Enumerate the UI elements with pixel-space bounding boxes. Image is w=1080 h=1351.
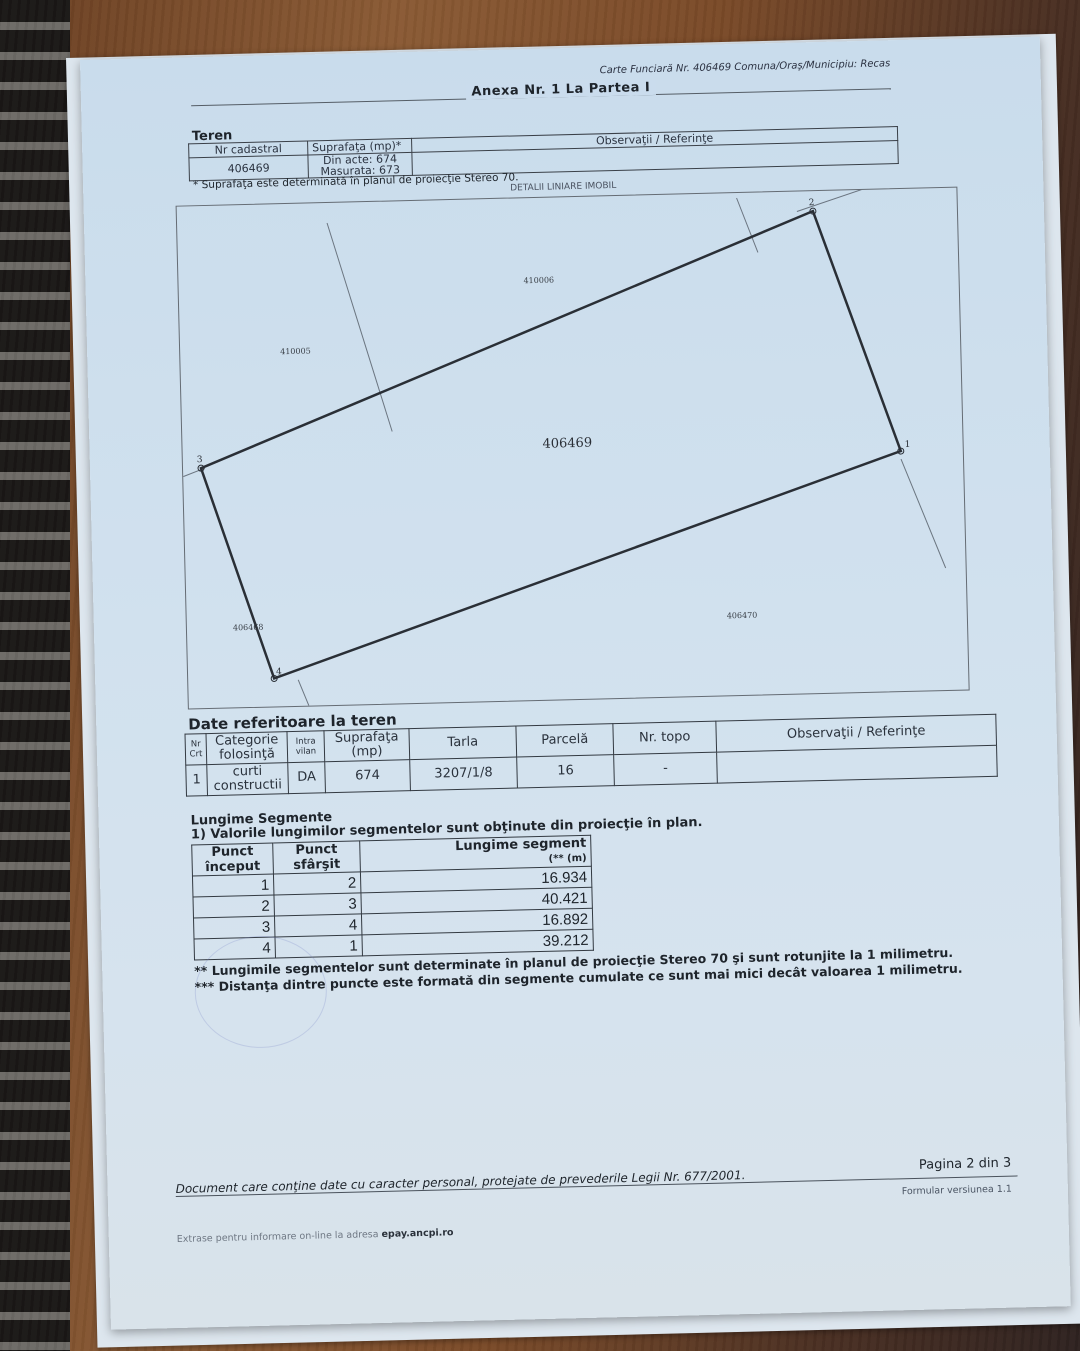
- col-start: Punct început: [192, 843, 274, 876]
- col-length: Lungime segment (** (m): [360, 835, 592, 872]
- teren-table: Nr cadastral Suprafaţa (mp)* Observaţii …: [188, 126, 899, 181]
- epay-link[interactable]: epay.ancpi.ro: [381, 1227, 453, 1240]
- col-suprafata: Suprafaţa (mp): [324, 729, 410, 762]
- col-tarla: Tarla: [409, 726, 517, 760]
- svg-text:2: 2: [809, 198, 815, 208]
- parcel-plan: 1 2 3 4 406469 410006 410005 406468 4064…: [176, 187, 970, 710]
- land-book-reference: Carte Funciară Nr. 406469 Comuna/Oraş/Mu…: [600, 58, 891, 76]
- col-intravilan: Intra vilan: [287, 731, 325, 763]
- col-end: Punct sfârşit: [273, 841, 361, 874]
- form-version: Formular versiunea 1.1: [902, 1184, 1012, 1198]
- page-number: Pagina 2 din 3: [919, 1156, 1012, 1173]
- page-title: Anexa Nr. 1 La Partea I: [81, 71, 1041, 109]
- col-nr-topo: Nr. topo: [613, 721, 717, 755]
- parcel-plan-drawing: 1 2 3 4 406469 410006 410005 406468 4064…: [177, 188, 969, 709]
- col-categorie: Categorie folosinţă: [206, 732, 288, 765]
- col-nr-crt: Nr Crt: [185, 734, 207, 766]
- svg-text:1: 1: [905, 440, 911, 450]
- document-page: Carte Funciară Nr. 406469 Comuna/Oraş/Mu…: [80, 37, 1071, 1330]
- svg-text:410005: 410005: [280, 346, 311, 356]
- radiator-background: [0, 0, 70, 1351]
- svg-text:4: 4: [276, 667, 282, 677]
- online-extract-note: Extrase pentru informare on-line la adre…: [177, 1227, 454, 1245]
- svg-text:410006: 410006: [523, 275, 554, 285]
- svg-text:3: 3: [197, 455, 203, 465]
- svg-text:406470: 406470: [727, 611, 758, 621]
- col-parcela: Parcelă: [516, 724, 614, 757]
- legal-notice: Document care conţine date cu caracter p…: [175, 1168, 745, 1196]
- svg-text:406468: 406468: [233, 623, 264, 633]
- svg-text:406469: 406469: [542, 436, 592, 452]
